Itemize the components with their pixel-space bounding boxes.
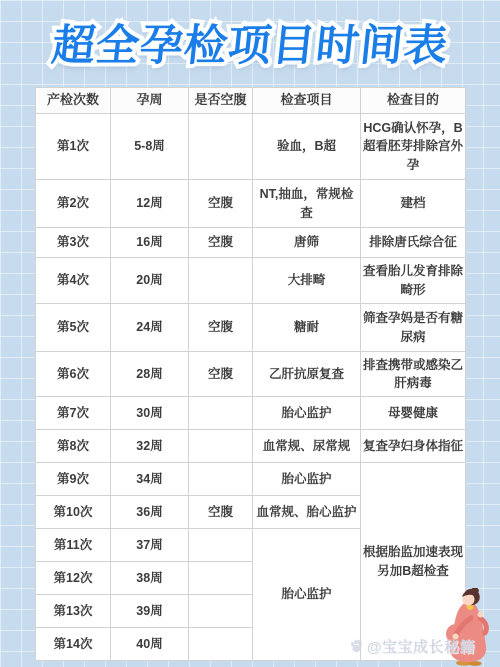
- visit-number-cell: 第1次: [36, 114, 111, 180]
- fasting-cell: 空腹: [189, 180, 253, 228]
- fasting-cell: 空腹: [189, 352, 253, 397]
- purpose-cell: 建档: [361, 180, 466, 228]
- fasting-cell: 空腹: [189, 496, 253, 529]
- purpose-cell: 排除唐氏综合征: [361, 228, 466, 258]
- week-cell: 30周: [111, 397, 189, 430]
- page: 超全孕检项目时间表 产检次数 孕周 是否空腹 检查项目 检查目的 第1次 5-8…: [0, 0, 500, 667]
- visit-number-cell: 第8次: [36, 430, 111, 463]
- item-cell: 乙肝抗原复查: [253, 352, 361, 397]
- week-cell: 39周: [111, 595, 189, 628]
- header-item: 检查项目: [253, 88, 361, 114]
- header-purpose: 检查目的: [361, 88, 466, 114]
- table-row: 第2次 12周 空腹 NT,抽血，常规检查 建档: [36, 180, 466, 228]
- fasting-cell: [189, 628, 253, 661]
- item-cell: 血常规、尿常规: [253, 430, 361, 463]
- fasting-cell: 空腹: [189, 304, 253, 352]
- visit-number-cell: 第11次: [36, 529, 111, 562]
- page-title-text: 超全孕检项目时间表: [50, 22, 451, 70]
- item-cell: 唐筛: [253, 228, 361, 258]
- visit-number-cell: 第3次: [36, 228, 111, 258]
- hand: [478, 612, 484, 618]
- header-fasting: 是否空腹: [189, 88, 253, 114]
- item-cell: NT,抽血，常规检查: [253, 180, 361, 228]
- purpose-cell: 排查携带或感染乙肝病毒: [361, 352, 466, 397]
- week-cell: 5-8周: [111, 114, 189, 180]
- week-cell: 34周: [111, 463, 189, 496]
- header-row: 产检次数 孕周 是否空腹 检查项目 检查目的: [36, 88, 466, 114]
- fasting-cell: [189, 463, 253, 496]
- visit-number-cell: 第5次: [36, 304, 111, 352]
- item-cell-merged: 胎心监护: [253, 529, 361, 661]
- fasting-cell: [189, 562, 253, 595]
- baidu-paw-icon: [349, 639, 364, 654]
- fasting-cell: [189, 430, 253, 463]
- fasting-cell: [189, 529, 253, 562]
- table-row: 第4次 20周 大排畸 查看胎儿发育排除畸形: [36, 258, 466, 304]
- item-cell: 验血，B超: [253, 114, 361, 180]
- watermark: @宝宝成长秘籍: [349, 636, 475, 657]
- fasting-cell: 空腹: [189, 228, 253, 258]
- week-cell: 28周: [111, 352, 189, 397]
- purpose-cell: 复查孕妇身体指征: [361, 430, 466, 463]
- week-cell: 24周: [111, 304, 189, 352]
- table-row: 第8次 32周 血常规、尿常规 复查孕妇身体指征: [36, 430, 466, 463]
- week-cell: 32周: [111, 430, 189, 463]
- week-cell: 38周: [111, 562, 189, 595]
- purpose-cell: HCG确认怀孕，B超看胚芽排除宫外孕: [361, 114, 466, 180]
- checkup-table-wrap: 产检次数 孕周 是否空腹 检查项目 检查目的 第1次 5-8周 验血，B超 HC…: [35, 87, 465, 661]
- visit-number-cell: 第6次: [36, 352, 111, 397]
- visit-number-cell: 第10次: [36, 496, 111, 529]
- purpose-cell: 筛查孕妈是否有糖尿病: [361, 304, 466, 352]
- week-cell: 16周: [111, 228, 189, 258]
- fasting-cell: [189, 595, 253, 628]
- visit-number-cell: 第7次: [36, 397, 111, 430]
- watermark-handle: @宝宝成长秘籍: [367, 636, 475, 657]
- header-week: 孕周: [111, 88, 189, 114]
- fasting-cell: [189, 114, 253, 180]
- table-row: 第7次 30周 胎心监护 母婴健康: [36, 397, 466, 430]
- week-cell: 37周: [111, 529, 189, 562]
- purpose-cell: 查看胎儿发育排除畸形: [361, 258, 466, 304]
- visit-number-cell: 第4次: [36, 258, 111, 304]
- fasting-cell: [189, 397, 253, 430]
- visit-number-cell: 第9次: [36, 463, 111, 496]
- header-visit-number: 产检次数: [36, 88, 111, 114]
- item-cell: 糖耐: [253, 304, 361, 352]
- table-row: 第1次 5-8周 验血，B超 HCG确认怀孕，B超看胚芽排除宫外孕: [36, 114, 466, 180]
- visit-number-cell: 第2次: [36, 180, 111, 228]
- item-cell: 胎心监护: [253, 397, 361, 430]
- visit-number-cell: 第12次: [36, 562, 111, 595]
- page-title: 超全孕检项目时间表: [0, 22, 500, 71]
- week-cell: 20周: [111, 258, 189, 304]
- week-cell: 40周: [111, 628, 189, 661]
- checkup-table: 产检次数 孕周 是否空腹 检查项目 检查目的 第1次 5-8周 验血，B超 HC…: [35, 87, 466, 661]
- purpose-cell: 母婴健康: [361, 397, 466, 430]
- item-cell: 胎心监护: [253, 463, 361, 496]
- table-row: 第6次 28周 空腹 乙肝抗原复查 排查携带或感染乙肝病毒: [36, 352, 466, 397]
- fasting-cell: [189, 258, 253, 304]
- visit-number-cell: 第14次: [36, 628, 111, 661]
- item-cell: 血常规、胎心监护: [253, 496, 361, 529]
- week-cell: 36周: [111, 496, 189, 529]
- table-row: 第9次 34周 胎心监护 根据胎监加速表现另加B超检查: [36, 463, 466, 496]
- table-row: 第3次 16周 空腹 唐筛 排除唐氏综合征: [36, 228, 466, 258]
- visit-number-cell: 第13次: [36, 595, 111, 628]
- week-cell: 12周: [111, 180, 189, 228]
- item-cell: 大排畸: [253, 258, 361, 304]
- table-row: 第5次 24周 空腹 糖耐 筛查孕妈是否有糖尿病: [36, 304, 466, 352]
